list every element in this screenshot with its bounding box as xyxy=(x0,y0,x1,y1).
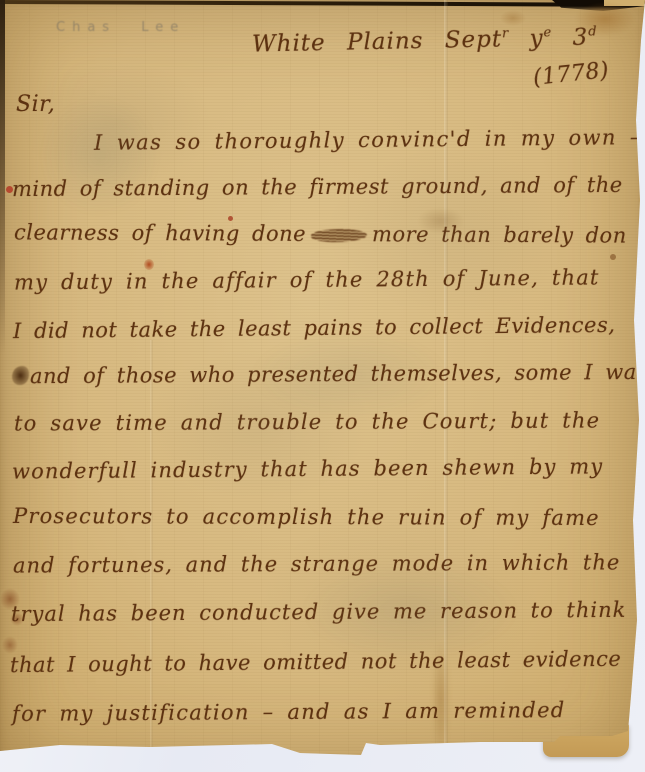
line-text: more than barely don xyxy=(372,222,627,247)
letter-page: Chas Lee White Plains Septr ye 3d (1778)… xyxy=(0,0,645,772)
dateline-part: White Plains Sept xyxy=(252,26,503,57)
ink-speck xyxy=(228,216,233,221)
dateline-part: 3 xyxy=(551,25,588,52)
letter-line-12: that I ought to have omitted not the lea… xyxy=(10,647,621,677)
letter-line-8: wonderfull industry that has been shewn … xyxy=(12,454,603,483)
letter-line-6: and of those who presented themselves, s… xyxy=(30,360,645,388)
ink-blot xyxy=(12,366,29,385)
letter-line-2: mind of standing on the firmest ground, … xyxy=(12,173,623,201)
dateline-superscript: d xyxy=(588,24,597,39)
letter-line-5: I did not take the least pains to collec… xyxy=(13,313,616,343)
small-stain xyxy=(500,10,526,26)
scanner-bed: Chas Lee White Plains Septr ye 3d (1778)… xyxy=(0,0,645,772)
letter-line-3: clearness of having donemore than barely… xyxy=(14,220,627,247)
letter-line-4: my duty in the affair of the 28th of Jun… xyxy=(14,265,600,294)
letter-line-11: tryal has been conducted give me reason … xyxy=(11,598,626,626)
letter-line-9: Prosecutors to accomplish the ruin of my… xyxy=(13,504,600,530)
ink-speck xyxy=(610,254,616,260)
letter-line-7: to save time and trouble to the Court; b… xyxy=(14,408,600,435)
paper-left-edge xyxy=(0,0,5,355)
dateline: White Plains Septr ye 3d xyxy=(252,24,597,57)
line-text: clearness of having done xyxy=(14,220,306,246)
edge-blotch xyxy=(2,636,18,654)
letter-line-10: and fortunes, and the strange mode in wh… xyxy=(13,550,620,577)
paper-top-edge xyxy=(0,0,560,6)
salutation: Sir, xyxy=(16,92,55,117)
year-line: (1778) xyxy=(532,58,610,91)
letter-line-13: for my justification – and as I am remin… xyxy=(12,698,566,726)
pencil-annotation: Chas Lee xyxy=(56,20,185,35)
dateline-part: y xyxy=(508,26,544,53)
scratched-out-word xyxy=(311,228,367,243)
letter-line-1: I was so thoroughly convinc'd in my own … xyxy=(94,125,642,155)
paper-top-right-tab xyxy=(604,0,645,6)
